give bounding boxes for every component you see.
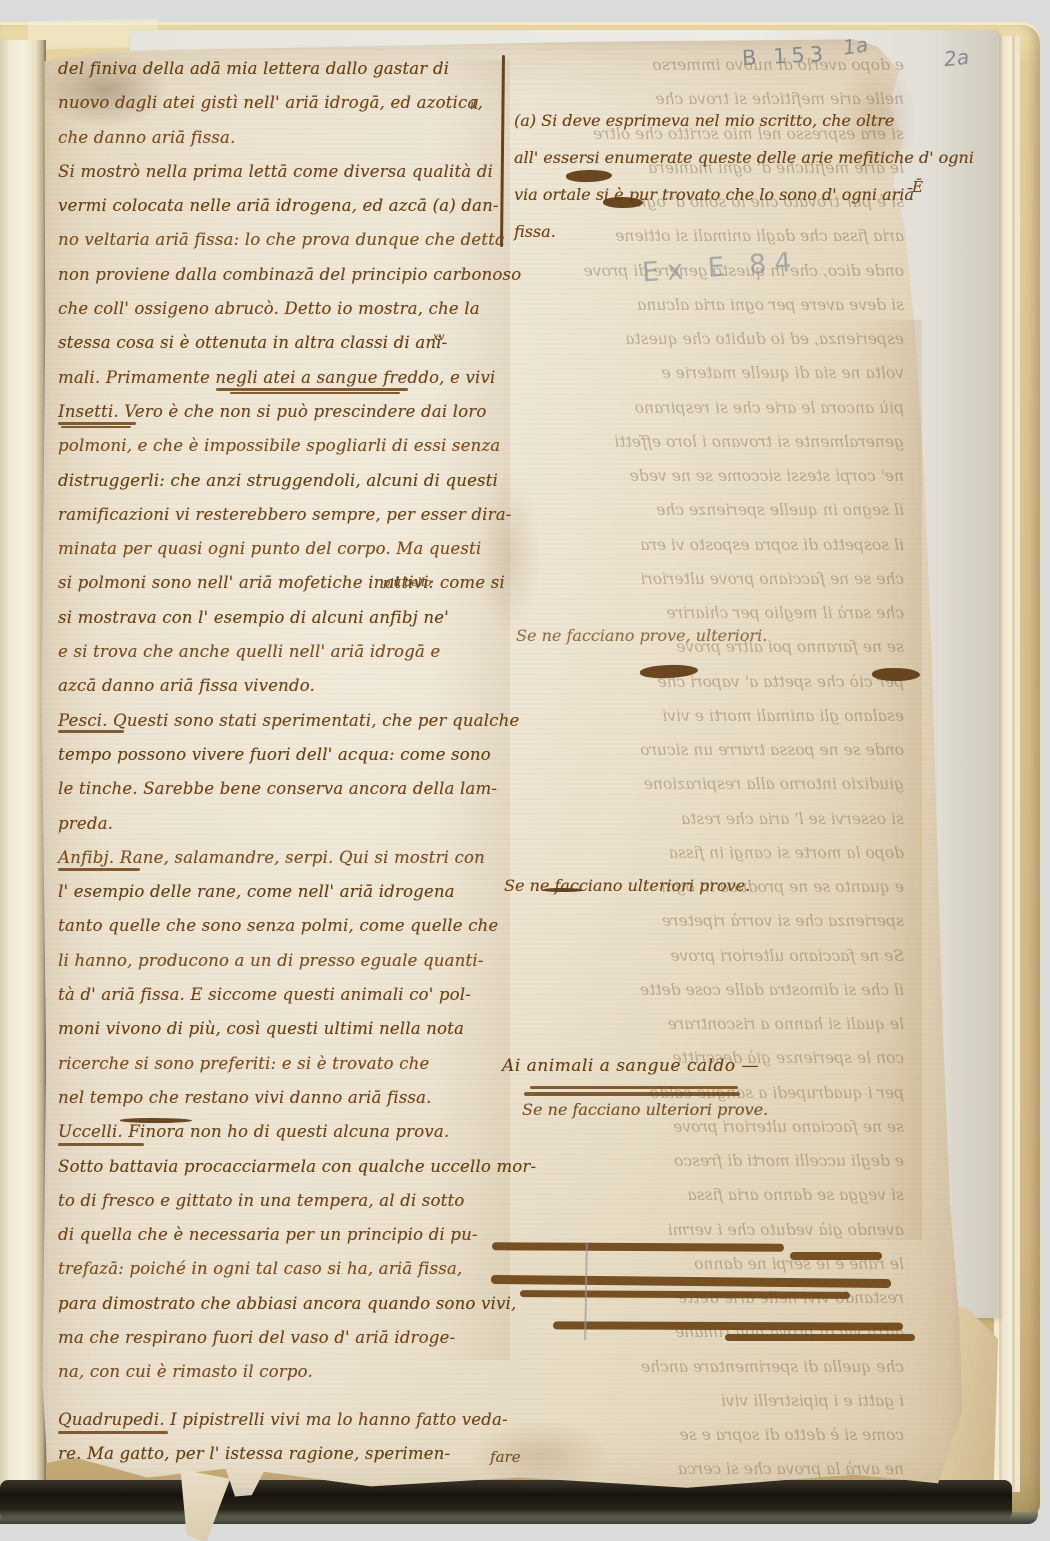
margin-word: il xyxy=(470,98,478,113)
showthrough-line: il sospetto di sopra esposto vi era xyxy=(492,528,904,562)
manuscript-line: minata per quasi ogni punto del corpo. M… xyxy=(58,532,500,566)
manuscript-line: e si trova che anche quelli nell' ariā i… xyxy=(58,635,500,669)
ink-underline xyxy=(524,1092,740,1096)
ink-underline xyxy=(58,730,124,733)
manuscript-line: ramificazioni vi resterebbero sempre, pe… xyxy=(58,498,500,532)
footnote-line: fissa. xyxy=(514,213,974,250)
ink-cancellation xyxy=(790,1252,882,1260)
manuscript-line: trefazā: poiché in ogni tal caso si ha, … xyxy=(58,1252,500,1286)
archive-number-annotation: B 153 xyxy=(741,42,828,70)
manuscript-line: distruggerli: che anzi struggendoli, alc… xyxy=(58,464,500,498)
ink-underline xyxy=(230,392,400,394)
ink-underline xyxy=(530,1086,738,1089)
showthrough-line: esalano gli animali morti e vivi xyxy=(492,699,904,733)
showthrough-line: che se ne facciano prove ulteriori xyxy=(492,562,904,596)
manuscript-line: para dimostrato che abbiasi ancora quand… xyxy=(58,1287,500,1321)
manuscript-line: nuovo dagli atei gistì nell' ariā idrogā… xyxy=(58,86,500,120)
manuscript-line: azcā danno ariā fissa vivendo. xyxy=(58,669,500,703)
manuscript-line: di quella che è necessaria per un princi… xyxy=(58,1218,500,1252)
ink-blot xyxy=(872,668,920,681)
left-column-text: del finiva della adā mia lettera dallo g… xyxy=(58,52,500,1471)
showthrough-line: generalmente si trovano i loro effetti xyxy=(492,425,904,459)
ink-underline xyxy=(58,422,136,425)
manuscript-line: li hanno, producono a un di presso egual… xyxy=(58,944,500,978)
showthrough-line: ne' corpi stessi siccome se ne vede xyxy=(492,459,904,493)
showthrough-line: i gatti e i pipistrelli vivi xyxy=(492,1384,904,1418)
manuscript-line: tà d' ariā fissa. E siccome questi anima… xyxy=(58,978,500,1012)
manuscript-line: Sotto battavia procacciarmela con qualch… xyxy=(58,1150,500,1184)
showthrough-line: più ancora le arie che si respirano xyxy=(492,391,904,425)
manuscript-line: le tinche. Sarebbe bene conserva ancora … xyxy=(58,772,500,806)
manuscript-line: preda. xyxy=(58,807,500,841)
ink-cancellation xyxy=(553,1321,903,1330)
manuscript-line: nel tempo che restano vivi danno ariā fi… xyxy=(58,1081,500,1115)
manuscript-line: non proviene dalla combinazā del princip… xyxy=(58,258,500,292)
manuscript-line: na, con cui è rimasto il corpo. xyxy=(58,1355,500,1389)
manuscript-line: che danno ariā fissa. xyxy=(58,121,500,155)
manuscript-line: polmoni, e che è impossibile spogliarli … xyxy=(58,429,500,463)
showthrough-line: onde se ne possa trarre un sicuro xyxy=(492,733,904,767)
showthrough-line: dopo la morte si cangi in fissa xyxy=(492,836,904,870)
showthrough-line: il segno in quelle sperienze che xyxy=(492,493,904,527)
ink-underline xyxy=(216,388,408,391)
ink-underline xyxy=(58,1431,168,1434)
showthrough-line: si osservi se l' aria che resta xyxy=(492,802,904,836)
folio-label-2a: 2a xyxy=(943,45,970,71)
showthrough-line: che quella di sperimentare anche xyxy=(492,1350,904,1384)
manuscript-line: ma che respirano fuori del vaso d' ariā … xyxy=(58,1321,500,1355)
manuscript-line: moni vivono di più, così questi ultimi n… xyxy=(58,1012,500,1046)
margin-letter: Ē xyxy=(912,178,923,196)
showthrough-line: il che si dimostra dalle cose dette xyxy=(492,973,904,1007)
manuscript-line: Si mostrò nella prima lettā come diversa… xyxy=(58,155,500,189)
manuscript-line: re. Ma gatto, per l' istessa ragione, sp… xyxy=(58,1437,500,1471)
showthrough-line: giudizio intorno alla respirazione xyxy=(492,767,904,801)
manuscript-line: del finiva della adā mia lettera dallo g… xyxy=(58,52,500,86)
page-block-edge-left xyxy=(0,40,46,1492)
interline-insertion: più bello xyxy=(383,576,431,589)
note-line: fare xyxy=(490,1448,521,1466)
manuscript-line: ricerche si sono preferiti: e si è trova… xyxy=(58,1047,500,1081)
ink-blot xyxy=(603,197,643,208)
showthrough-line: si deve avere per ogni aria alcuna xyxy=(492,288,904,322)
manuscript-scan: e dopo averlo di nuovo immersonelle arie… xyxy=(0,0,1050,1541)
showthrough-line: volta ne sia di quelle materie e xyxy=(492,356,904,390)
ink-strikeout xyxy=(120,1118,192,1123)
showthrough-line: esperienza, ed io dubito che questa xyxy=(492,322,904,356)
showthrough-line: si vegga se danno aria fissa xyxy=(492,1178,904,1212)
manuscript-line: si polmoni sono nell' ariā mofetiche ina… xyxy=(58,566,500,600)
footnote-line: (a) Si deve esprimeva nel mio scritto, c… xyxy=(514,102,974,139)
showthrough-line: per ciò che spetta a' vapori che xyxy=(492,665,904,699)
manuscript-line: vermi colocata nelle ariā idrogena, ed a… xyxy=(58,189,500,223)
ink-underline xyxy=(61,426,131,428)
superscript-note: xv xyxy=(433,332,444,343)
manuscript-line: to di fresco e gittato in una tempera, a… xyxy=(58,1184,500,1218)
manuscript-line: l' esempio delle rane, come nell' ariā i… xyxy=(58,875,500,909)
ink-cancellation xyxy=(492,1242,784,1252)
note-line: Se ne facciano prove, ulteriori. xyxy=(516,626,767,645)
ink-underline xyxy=(58,868,140,871)
showthrough-line: e dopo averlo di nuovo immerso xyxy=(492,48,904,82)
showthrough-line: altra via di prova non rimane xyxy=(492,1315,904,1349)
showthrough-line: come si è detto di sopra e se xyxy=(492,1418,904,1452)
showthrough-line: sperienza che si vorrà ripetere xyxy=(492,904,904,938)
note-line: Se ne facciano ulteriori prove. xyxy=(522,1100,768,1119)
ink-strikeout xyxy=(543,888,583,892)
manuscript-line: tempo possono vivere fuori dell' acqua: … xyxy=(58,738,500,772)
ink-cancellation xyxy=(725,1334,915,1341)
manuscript-line: che coll' ossigeno abrucò. Detto io most… xyxy=(58,292,500,326)
showthrough-line: Se ne facciano ulteriori prove xyxy=(492,939,904,973)
folio-label-1a: 1a xyxy=(841,32,869,59)
manuscript-line: Pesci. Questi sono stati sperimentati, c… xyxy=(58,704,500,738)
showthrough-line: e degli uccelli morti di fresco xyxy=(492,1144,904,1178)
showthrough-line: ne avrà la prova che si cerca xyxy=(492,1452,904,1486)
note-line: Se ne facciano ulteriori prove. xyxy=(504,876,750,895)
manuscript-line: si mostrava con l' esempio di alcuni anf… xyxy=(58,601,500,635)
manuscript-line: tanto quelle che sono senza polmi, come … xyxy=(58,909,500,943)
showthrough-line: le quali si hanno a riscontrare xyxy=(492,1007,904,1041)
ink-underline xyxy=(58,1143,144,1146)
manuscript-line: no veltaria ariā fissa: lo che prova dun… xyxy=(58,223,500,257)
note-line: Ai animali a sangue caldo — xyxy=(502,1056,759,1076)
